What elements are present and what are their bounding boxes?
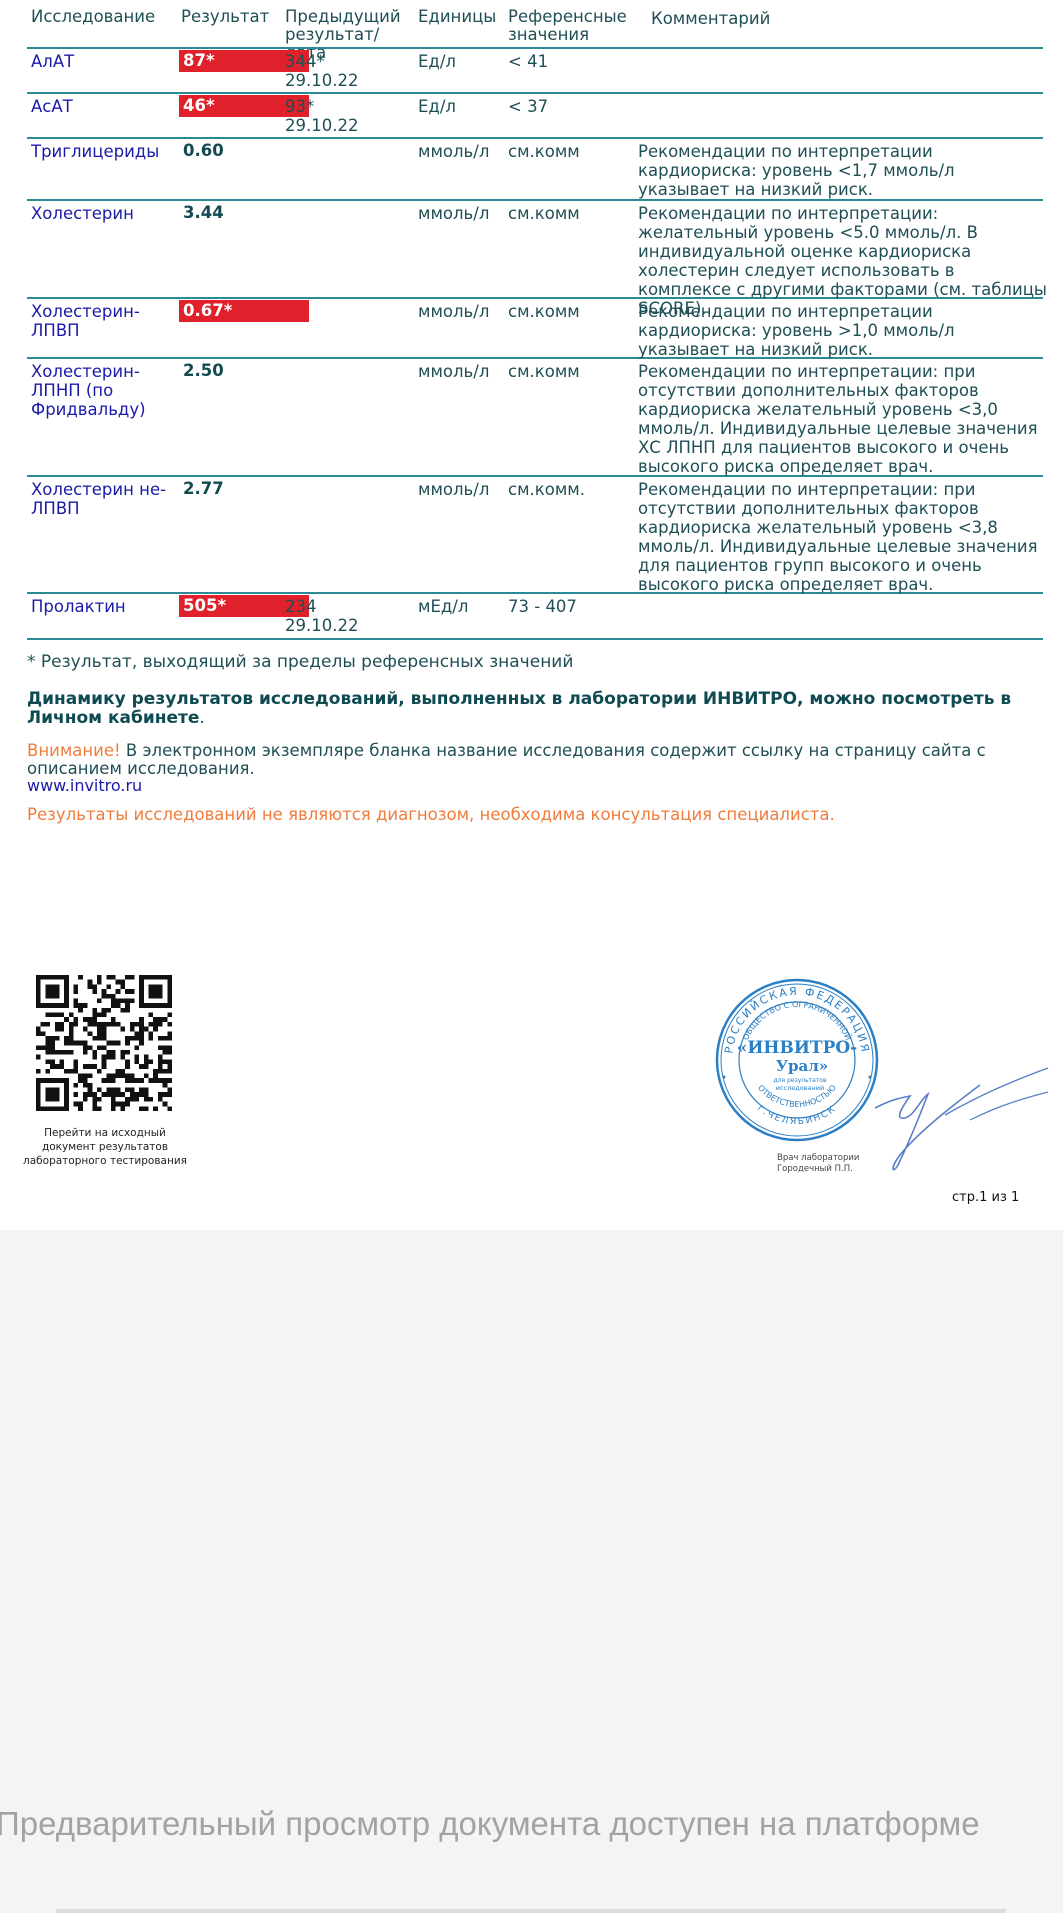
table-rule (27, 638, 1043, 640)
doctor-signature (870, 1060, 1050, 1180)
reference-range: < 41 (508, 52, 628, 71)
table-rule (27, 92, 1043, 94)
warning-note: Внимание! В электронном экземпляре бланк… (27, 742, 1037, 778)
warning-text: В электронном экземпляре бланка название… (27, 741, 986, 778)
table-rule (27, 199, 1043, 201)
result-value: 0.60 (179, 140, 309, 162)
header-test: Исследование (31, 8, 155, 26)
svg-text:«ИНВИТРО-: «ИНВИТРО- (737, 1038, 857, 1058)
units: мЕд/л (418, 597, 503, 616)
units: ммоль/л (418, 480, 503, 499)
warning-label: Внимание! (27, 741, 121, 760)
not-diagnosis-note: Результаты исследований не являются диаг… (27, 805, 835, 824)
header-units: Единицы (418, 8, 496, 26)
bottom-scroll-indicator[interactable] (56, 1909, 1006, 1913)
test-name-link[interactable]: Холестерин (31, 204, 171, 223)
comment: Рекомендации по интерпретации: желательн… (638, 204, 1048, 318)
units: ммоль/л (418, 142, 503, 161)
header-reference: Референсные значения (508, 8, 628, 44)
website-link[interactable]: www.invitro.ru (27, 776, 142, 795)
qr-code[interactable] (36, 975, 172, 1111)
units: ммоль/л (418, 302, 503, 321)
page-number: стр.1 из 1 (952, 1190, 1019, 1205)
result-value: 2.77 (179, 478, 309, 500)
result-value: 3.44 (179, 202, 309, 224)
test-name-link[interactable]: АлАТ (31, 52, 171, 71)
company-stamp: РОССИЙСКАЯ ФЕДЕРАЦИЯ ОБЩЕСТВО С ОГРАНИЧЕ… (712, 975, 882, 1145)
table-rule (27, 47, 1043, 49)
test-name-link[interactable]: Холестерин-ЛПВП (31, 302, 171, 340)
reference-range: < 37 (508, 97, 628, 116)
preview-notice: Предварительный просмотр документа досту… (0, 1805, 1063, 1843)
header-result: Результат (181, 8, 269, 26)
svg-text:для результатов: для результатов (774, 1077, 827, 1084)
test-name-link[interactable]: Пролактин (31, 597, 171, 616)
svg-text:исследований: исследований (776, 1084, 825, 1092)
comment: Рекомендации по интерпретации: при отсут… (638, 362, 1048, 476)
result-value: 2.50 (179, 360, 309, 382)
previous-result: 93*29.10.22 (285, 97, 415, 135)
dynamics-text: Динамику результатов исследований, выпол… (27, 689, 1011, 728)
comment: Рекомендации по интерпретации: при отсут… (638, 480, 1048, 594)
lab-report-page: Исследование Результат Предыдущий резуль… (0, 0, 1063, 1230)
test-name-link[interactable]: Триглицериды (31, 142, 171, 161)
reference-range: см.комм (508, 142, 628, 161)
reference-range: 73 - 407 (508, 597, 628, 616)
doctor-signature-caption: Врач лаборатории Городечный П.П. (777, 1153, 859, 1175)
comment: Рекомендации по интерпретации кардиориск… (638, 302, 1048, 359)
svg-text:Урал»: Урал» (776, 1057, 828, 1075)
footnote: * Результат, выходящий за пределы рефере… (27, 652, 573, 672)
units: ммоль/л (418, 204, 503, 223)
table-rule (27, 137, 1043, 139)
header-comment: Комментарий (651, 10, 770, 28)
reference-range: см.комм. (508, 480, 628, 499)
result-value: 0.67* (179, 300, 309, 322)
units: Ед/л (418, 52, 503, 71)
dynamics-note: Динамику результатов исследований, выпол… (27, 690, 1017, 728)
table-header: Исследование Результат Предыдущий резуль… (27, 0, 1043, 50)
test-name-link[interactable]: Холестерин не-ЛПВП (31, 480, 171, 518)
units: Ед/л (418, 97, 503, 116)
units: ммоль/л (418, 362, 503, 381)
previous-result: 23429.10.22 (285, 597, 415, 635)
comment: Рекомендации по интерпретации кардиориск… (638, 142, 1048, 199)
reference-range: см.комм (508, 362, 628, 381)
test-name-link[interactable]: АсАТ (31, 97, 171, 116)
results-table: Исследование Результат Предыдущий резуль… (27, 0, 1043, 50)
reference-range: см.комм (508, 302, 628, 321)
qr-caption: Перейти на исходный документ результатов… (20, 1126, 190, 1168)
previous-result: 344*29.10.22 (285, 52, 415, 90)
reference-range: см.комм (508, 204, 628, 223)
test-name-link[interactable]: Холестерин-ЛПНП (по Фридвальду) (31, 362, 171, 419)
